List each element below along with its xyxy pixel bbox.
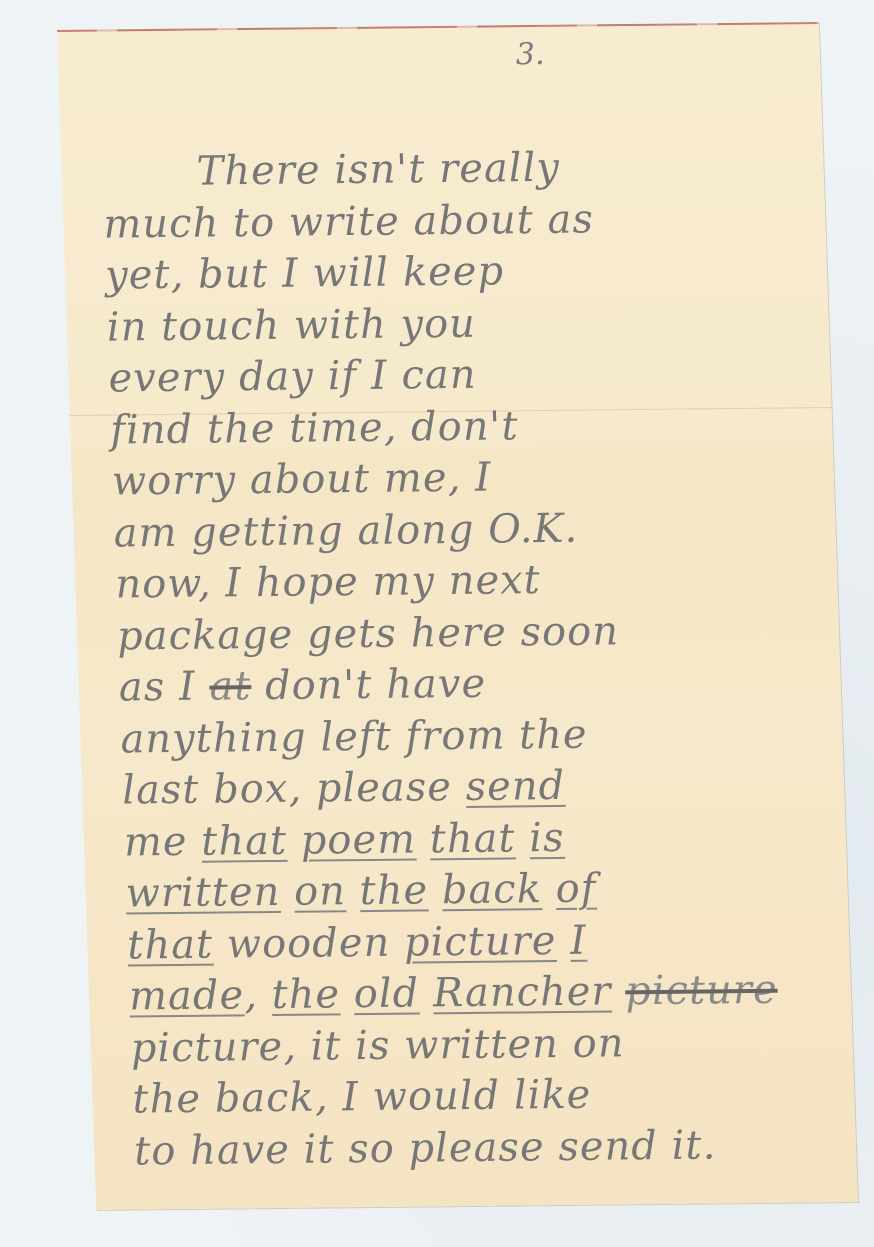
underlined-word: made [128, 972, 245, 1019]
line-text: me [123, 818, 202, 865]
handwritten-line: find the time, don't [109, 398, 811, 457]
handwritten-line: every day if I can [108, 346, 810, 405]
handwritten-line: written on the back of [125, 861, 827, 920]
underlined-word: poem [300, 816, 417, 863]
line-text: now, I hope my next [115, 557, 542, 607]
struck-word: picture [624, 967, 778, 1015]
underlined-word: that [127, 921, 214, 968]
handwritten-line: me that poem that is [123, 810, 825, 869]
line-text [286, 817, 301, 863]
line-text: wooden [212, 919, 404, 967]
line-text: as I [118, 664, 210, 711]
handwritten-line: package gets here soon [116, 604, 818, 663]
line-text: package gets here soon [116, 608, 619, 659]
handwritten-line: now, I hope my next [115, 552, 817, 611]
line-text: yet, but I will keep [104, 248, 504, 298]
handwritten-line: worry about me, I [111, 449, 813, 508]
struck-word: at [209, 663, 252, 709]
paragraph-indent [102, 185, 197, 186]
underlined-word: back [441, 866, 543, 913]
line-text: every day if I can [108, 352, 477, 402]
line-text: the back, I would like [132, 1072, 592, 1123]
handwritten-line: made, the old Rancher picture [128, 964, 830, 1023]
handwritten-line: anything left from the [120, 707, 822, 766]
handwritten-line: the back, I would like [132, 1067, 834, 1126]
underlined-word: that [200, 817, 287, 864]
line-text: worry about me, I [111, 455, 492, 505]
line-text: find the time, don't [110, 403, 520, 453]
letter-body: There isn't reallymuch to write about as… [101, 140, 835, 1177]
page-number: 3. [515, 37, 545, 72]
underlined-word: is [528, 814, 565, 860]
line-text: don't have [251, 661, 487, 709]
line-text: much to write about as [103, 196, 595, 247]
handwritten-line: yet, but I will keep [104, 243, 806, 302]
line-text: anything left from the [120, 711, 589, 762]
underlined-word: that [429, 815, 516, 862]
underlined-word: I [569, 917, 587, 963]
handwritten-line: picture, it is written on [130, 1016, 832, 1075]
underlined-word: the [359, 867, 429, 914]
underlined-word: Rancher [432, 968, 612, 1016]
line-text: There isn't really [196, 145, 561, 195]
handwritten-line: that wooden picture I [127, 913, 829, 972]
line-text: to have it so please send it. [133, 1122, 716, 1174]
handwritten-line: to have it so please send it. [133, 1119, 835, 1178]
handwritten-line: am getting along O.K. [113, 501, 815, 560]
handwritten-line: There isn't really [101, 140, 803, 199]
line-text: , [243, 972, 272, 1018]
line-text: am getting along O.K. [113, 505, 579, 556]
line-text [339, 971, 354, 1017]
handwritten-line: in touch with you [106, 295, 808, 354]
line-text: in touch with you [106, 300, 477, 350]
handwritten-line: much to write about as [103, 192, 805, 251]
handwritten-line: as I at don't have [118, 655, 820, 714]
underlined-word: on [293, 868, 346, 915]
underlined-word: old [353, 970, 420, 1017]
handwritten-line: last box, please send [121, 758, 823, 817]
underlined-word: of [555, 866, 597, 912]
line-text: picture, it is written on [130, 1020, 625, 1071]
underlined-word: picture [403, 918, 557, 966]
underlined-word: send [465, 763, 566, 810]
line-text: last box, please [121, 764, 466, 814]
underlined-word: the [271, 971, 341, 1018]
underlined-word: written [125, 869, 281, 917]
letter-page: 3. There isn't reallymuch to write about… [57, 22, 858, 1210]
